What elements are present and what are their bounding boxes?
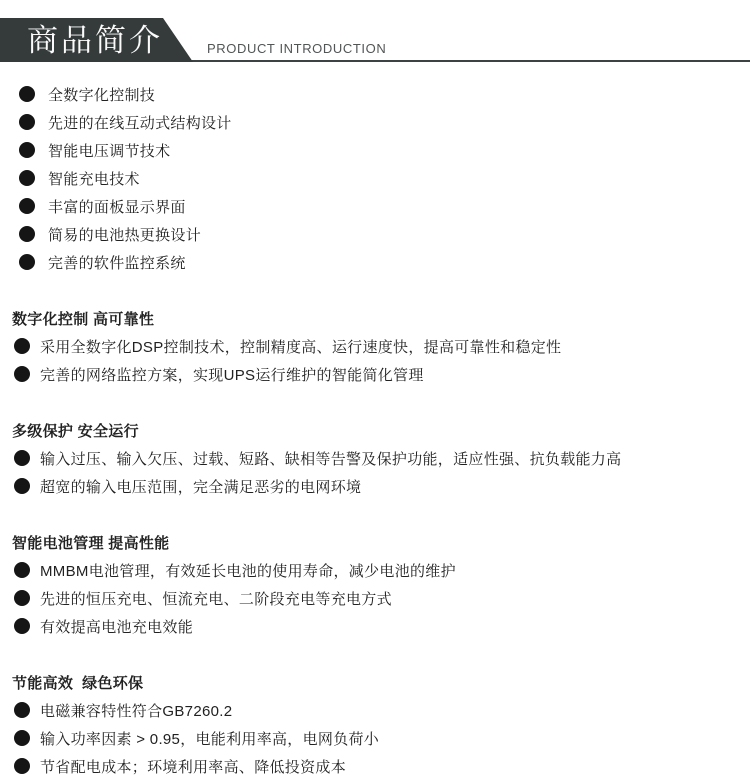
feature-text: 先进的在线互动式结构设计 — [48, 112, 232, 133]
bullet-icon — [14, 366, 30, 382]
section-header: 商品简介 PRODUCT INTRODUCTION — [0, 0, 750, 62]
feature-item: 全数字化控制技 — [0, 80, 750, 108]
feature-item: 丰富的面板显示界面 — [0, 192, 750, 220]
bullet-icon — [19, 86, 35, 102]
feature-text: 简易的电池热更换设计 — [48, 224, 201, 245]
feature-item: 先进的在线互动式结构设计 — [0, 108, 750, 136]
bullet-icon — [14, 590, 30, 606]
section-heading: 数字化控制 高可靠性 — [0, 304, 750, 332]
section-item: 节省配电成本；环境利用率高、降低投资成本 — [0, 752, 750, 780]
feature-list: 全数字化控制技 先进的在线互动式结构设计 智能电压调节技术 智能充电技术 丰富的… — [0, 80, 750, 276]
section-item-text: 超宽的输入电压范围，完全满足恶劣的电网环境 — [40, 476, 361, 497]
section-item: 输入过压、输入欠压、过载、短路、缺相等告警及保护功能，适应性强、抗负载能力高 — [0, 444, 750, 472]
section-item: 超宽的输入电压范围，完全满足恶劣的电网环境 — [0, 472, 750, 500]
bullet-icon — [19, 254, 35, 270]
bullet-icon — [14, 702, 30, 718]
section-item: MMBM电池管理，有效延长电池的使用寿命，减少电池的维护 — [0, 556, 750, 584]
section-item: 输入功率因素 > 0.95，电能利用率高，电网负荷小 — [0, 724, 750, 752]
bullet-icon — [14, 758, 30, 774]
page-subtitle: PRODUCT INTRODUCTION — [207, 41, 386, 56]
bullet-icon — [14, 338, 30, 354]
bullet-icon — [14, 478, 30, 494]
feature-item: 智能电压调节技术 — [0, 136, 750, 164]
section-item-text: 先进的恒压充电、恒流充电、二阶段充电等充电方式 — [40, 588, 392, 609]
bullet-icon — [19, 198, 35, 214]
bullet-icon — [19, 142, 35, 158]
section-item-text: 采用全数字化DSP控制技术，控制精度高、运行速度快，提高可靠性和稳定性 — [40, 336, 561, 357]
feature-item: 智能充电技术 — [0, 164, 750, 192]
section-digital-control: 数字化控制 高可靠性 采用全数字化DSP控制技术，控制精度高、运行速度快，提高可… — [0, 304, 750, 388]
page-title: 商品简介 — [0, 25, 163, 56]
bullet-icon — [19, 114, 35, 130]
section-item-text: 输入功率因素 > 0.95，电能利用率高，电网负荷小 — [40, 728, 379, 749]
section-item-text: 电磁兼容特性符合GB7260.2 — [40, 700, 232, 721]
product-introduction-page: 商品简介 PRODUCT INTRODUCTION 全数字化控制技 先进的在线互… — [0, 0, 750, 781]
title-banner: 商品简介 — [0, 18, 193, 62]
section-item: 完善的网络监控方案，实现UPS运行维护的智能简化管理 — [0, 360, 750, 388]
bullet-icon — [19, 226, 35, 242]
section-item-text: 有效提高电池充电效能 — [40, 616, 193, 637]
feature-text: 完善的软件监控系统 — [48, 252, 186, 273]
section-item: 有效提高电池充电效能 — [0, 612, 750, 640]
bullet-icon — [14, 450, 30, 466]
section-item: 电磁兼容特性符合GB7260.2 — [0, 696, 750, 724]
section-item-text: 节省配电成本；环境利用率高、降低投资成本 — [40, 756, 346, 777]
section-item: 采用全数字化DSP控制技术，控制精度高、运行速度快，提高可靠性和稳定性 — [0, 332, 750, 360]
section-item-list: MMBM电池管理，有效延长电池的使用寿命，减少电池的维护 先进的恒压充电、恒流充… — [0, 556, 750, 640]
feature-text: 智能充电技术 — [48, 168, 140, 189]
section-heading: 多级保护 安全运行 — [0, 416, 750, 444]
bullet-icon — [19, 170, 35, 186]
bullet-icon — [14, 562, 30, 578]
section-item-text: 输入过压、输入欠压、过载、短路、缺相等告警及保护功能，适应性强、抗负载能力高 — [40, 448, 621, 469]
section-battery-management: 智能电池管理 提高性能 MMBM电池管理，有效延长电池的使用寿命，减少电池的维护… — [0, 528, 750, 640]
section-item-list: 输入过压、输入欠压、过载、短路、缺相等告警及保护功能，适应性强、抗负载能力高 超… — [0, 444, 750, 500]
section-multi-protection: 多级保护 安全运行 输入过压、输入欠压、过载、短路、缺相等告警及保护功能，适应性… — [0, 416, 750, 500]
bullet-icon — [14, 730, 30, 746]
feature-item: 简易的电池热更换设计 — [0, 220, 750, 248]
section-item-list: 电磁兼容特性符合GB7260.2 输入功率因素 > 0.95，电能利用率高，电网… — [0, 696, 750, 780]
feature-text: 智能电压调节技术 — [48, 140, 170, 161]
section-heading: 智能电池管理 提高性能 — [0, 528, 750, 556]
feature-text: 全数字化控制技 — [48, 84, 155, 105]
feature-text: 丰富的面板显示界面 — [48, 196, 186, 217]
section-item-text: MMBM电池管理，有效延长电池的使用寿命，减少电池的维护 — [40, 560, 456, 581]
section-item: 先进的恒压充电、恒流充电、二阶段充电等充电方式 — [0, 584, 750, 612]
section-item-list: 采用全数字化DSP控制技术，控制精度高、运行速度快，提高可靠性和稳定性 完善的网… — [0, 332, 750, 388]
section-item-text: 完善的网络监控方案，实现UPS运行维护的智能简化管理 — [40, 364, 424, 385]
feature-item: 完善的软件监控系统 — [0, 248, 750, 276]
section-energy-saving: 节能高效 绿色环保 电磁兼容特性符合GB7260.2 输入功率因素 > 0.95… — [0, 668, 750, 780]
section-heading: 节能高效 绿色环保 — [0, 668, 750, 696]
bullet-icon — [14, 618, 30, 634]
